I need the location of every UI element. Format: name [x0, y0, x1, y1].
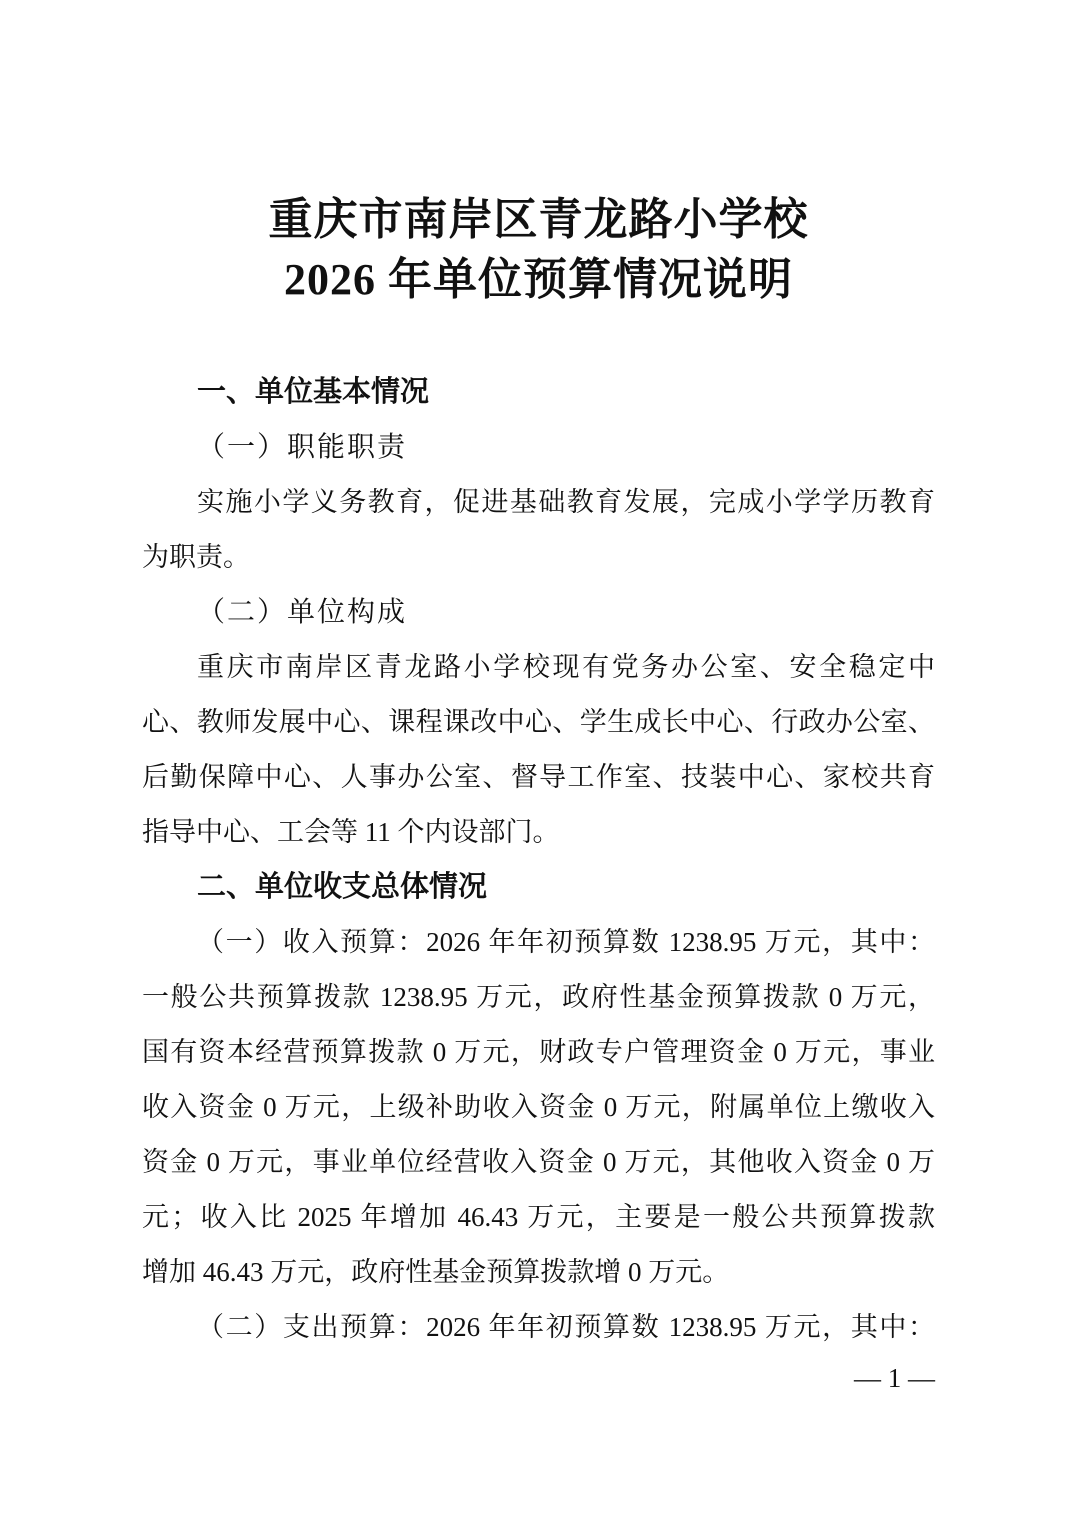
document-title-line-1: 重庆市南岸区青龙路小学校 — [142, 190, 935, 250]
paragraph-line: （二）支出预算：2026 年年初预算数 1238.95 万元，其中： — [142, 1300, 935, 1355]
document-body: 一、单位基本情况 （一）职能职责 实施小学义务教育，促进基础教育发展，完成小学学… — [142, 365, 935, 1355]
page-number: — 1 — — [854, 1358, 935, 1398]
paragraph-line: 为职责。 — [142, 530, 935, 585]
subsection-1-1-heading: （一）职能职责 — [142, 420, 935, 475]
document-page: 重庆市南岸区青龙路小学校 2026 年单位预算情况说明 一、单位基本情况 （一）… — [0, 0, 1074, 1520]
document-title: 重庆市南岸区青龙路小学校 2026 年单位预算情况说明 — [142, 190, 935, 310]
document-title-line-2: 2026 年单位预算情况说明 — [142, 250, 935, 310]
paragraph-line: 一般公共预算拨款 1238.95 万元，政府性基金预算拨款 0 万元， — [142, 970, 935, 1025]
paragraph-line: 指导中心、工会等 11 个内设部门。 — [142, 805, 935, 860]
paragraph-line: 后勤保障中心、人事办公室、督导工作室、技装中心、家校共育 — [142, 750, 935, 805]
document-content: 重庆市南岸区青龙路小学校 2026 年单位预算情况说明 一、单位基本情况 （一）… — [142, 190, 935, 1355]
paragraph-line: 元；收入比 2025 年增加 46.43 万元，主要是一般公共预算拨款 — [142, 1190, 935, 1245]
paragraph-line: 收入资金 0 万元，上级补助收入资金 0 万元，附属单位上缴收入 — [142, 1080, 935, 1135]
paragraph-line: 增加 46.43 万元，政府性基金预算拨款增 0 万元。 — [142, 1245, 935, 1300]
paragraph-line: （一）收入预算：2026 年年初预算数 1238.95 万元，其中： — [142, 915, 935, 970]
paragraph-line: 资金 0 万元，事业单位经营收入资金 0 万元，其他收入资金 0 万 — [142, 1135, 935, 1190]
paragraph-line: 实施小学义务教育，促进基础教育发展，完成小学学历教育 — [142, 475, 935, 530]
paragraph-line: 重庆市南岸区青龙路小学校现有党务办公室、安全稳定中 — [142, 640, 935, 695]
section-2-heading: 二、单位收支总体情况 — [142, 860, 935, 915]
paragraph-line: 心、教师发展中心、课程课改中心、学生成长中心、行政办公室、 — [142, 695, 935, 750]
paragraph-line: 国有资本经营预算拨款 0 万元，财政专户管理资金 0 万元，事业 — [142, 1025, 935, 1080]
section-1-heading: 一、单位基本情况 — [142, 365, 935, 420]
subsection-1-2-heading: （二）单位构成 — [142, 585, 935, 640]
